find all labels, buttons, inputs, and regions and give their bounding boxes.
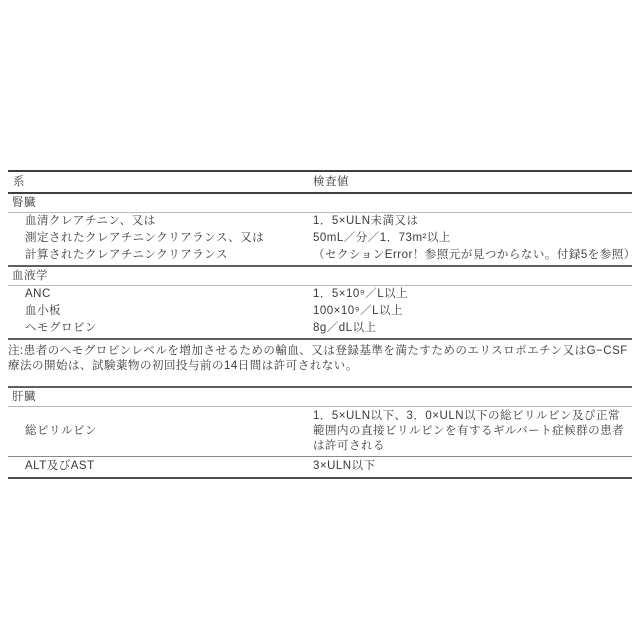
row-value: 50mL／分／1．73m²以上 — [313, 231, 632, 246]
table-header-row: 系 検査値 — [8, 170, 632, 194]
table-row: 血清クレアチニン、又は 1．5×ULN未満又は — [8, 213, 632, 230]
row-value-error-reference: （セクションError！参照元が見つからない。付録5を参照） — [313, 248, 632, 263]
row-value: 3×ULN以下 — [313, 459, 632, 474]
row-label: 総ビリルビン — [8, 424, 313, 439]
row-label: 血清クレアチニン、又は — [8, 214, 313, 229]
row-label: ANC — [8, 287, 313, 302]
section-header-liver: 肝臓 — [8, 386, 632, 407]
row-label: 血小板 — [8, 304, 313, 319]
table-row: ヘモグロビン 8g／dL以上 — [8, 320, 632, 340]
table-row: 総ビリルビン 1．5×ULN以下、3．0×ULN以下の総ビリルビン及び正常範囲内… — [8, 407, 632, 457]
row-value: 1．5×10⁹／L以上 — [313, 287, 632, 302]
table-row: ANC 1．5×10⁹／L以上 — [8, 286, 632, 303]
table-row: ALT及びAST 3×ULN以下 — [8, 457, 632, 479]
row-value: 8g／dL以上 — [313, 321, 632, 336]
section-title: 血液学 — [8, 269, 632, 284]
section-title: 腎臓 — [8, 196, 632, 211]
section-title: 肝臓 — [8, 390, 632, 405]
column-header-system: 系 — [8, 175, 313, 190]
liver-criteria-table: 肝臓 総ビリルビン 1．5×ULN以下、3．0×ULN以下の総ビリルビン及び正常… — [8, 386, 632, 479]
row-value: 1．5×ULN未満又は — [313, 214, 632, 229]
row-label: ヘモグロビン — [8, 321, 313, 336]
table-row: 計算されたクレアチニンクリアランス （セクションError！参照元が見つからない… — [8, 247, 632, 267]
row-label: 測定されたクレアチニンクリアランス、又は — [8, 231, 313, 246]
column-header-test-value: 検査値 — [313, 175, 632, 190]
row-value: 100×10⁹／L以上 — [313, 304, 632, 319]
row-label: ALT及びAST — [8, 459, 313, 474]
row-value: 1．5×ULN以下、3．0×ULN以下の総ビリルビン及び正常範囲内の直接ビリルビ… — [313, 409, 632, 454]
table-row: 血小板 100×10⁹／L以上 — [8, 303, 632, 320]
row-label: 計算されたクレアチニンクリアランス — [8, 248, 313, 263]
table-row: 測定されたクレアチニンクリアランス、又は 50mL／分／1．73m²以上 — [8, 230, 632, 247]
lab-criteria-table: 系 検査値 腎臓 血清クレアチニン、又は 1．5×ULN未満又は 測定されたクレ… — [8, 170, 632, 374]
footnote-text: 注:患者のヘモグロビンレベルを増加させるための輸血、又は登録基準を満たすためのエ… — [8, 340, 632, 374]
section-header-hematology: 血液学 — [8, 267, 632, 286]
section-header-kidney: 腎臓 — [8, 194, 632, 213]
document-page: 系 検査値 腎臓 血清クレアチニン、又は 1．5×ULN未満又は 測定されたクレ… — [0, 0, 640, 640]
